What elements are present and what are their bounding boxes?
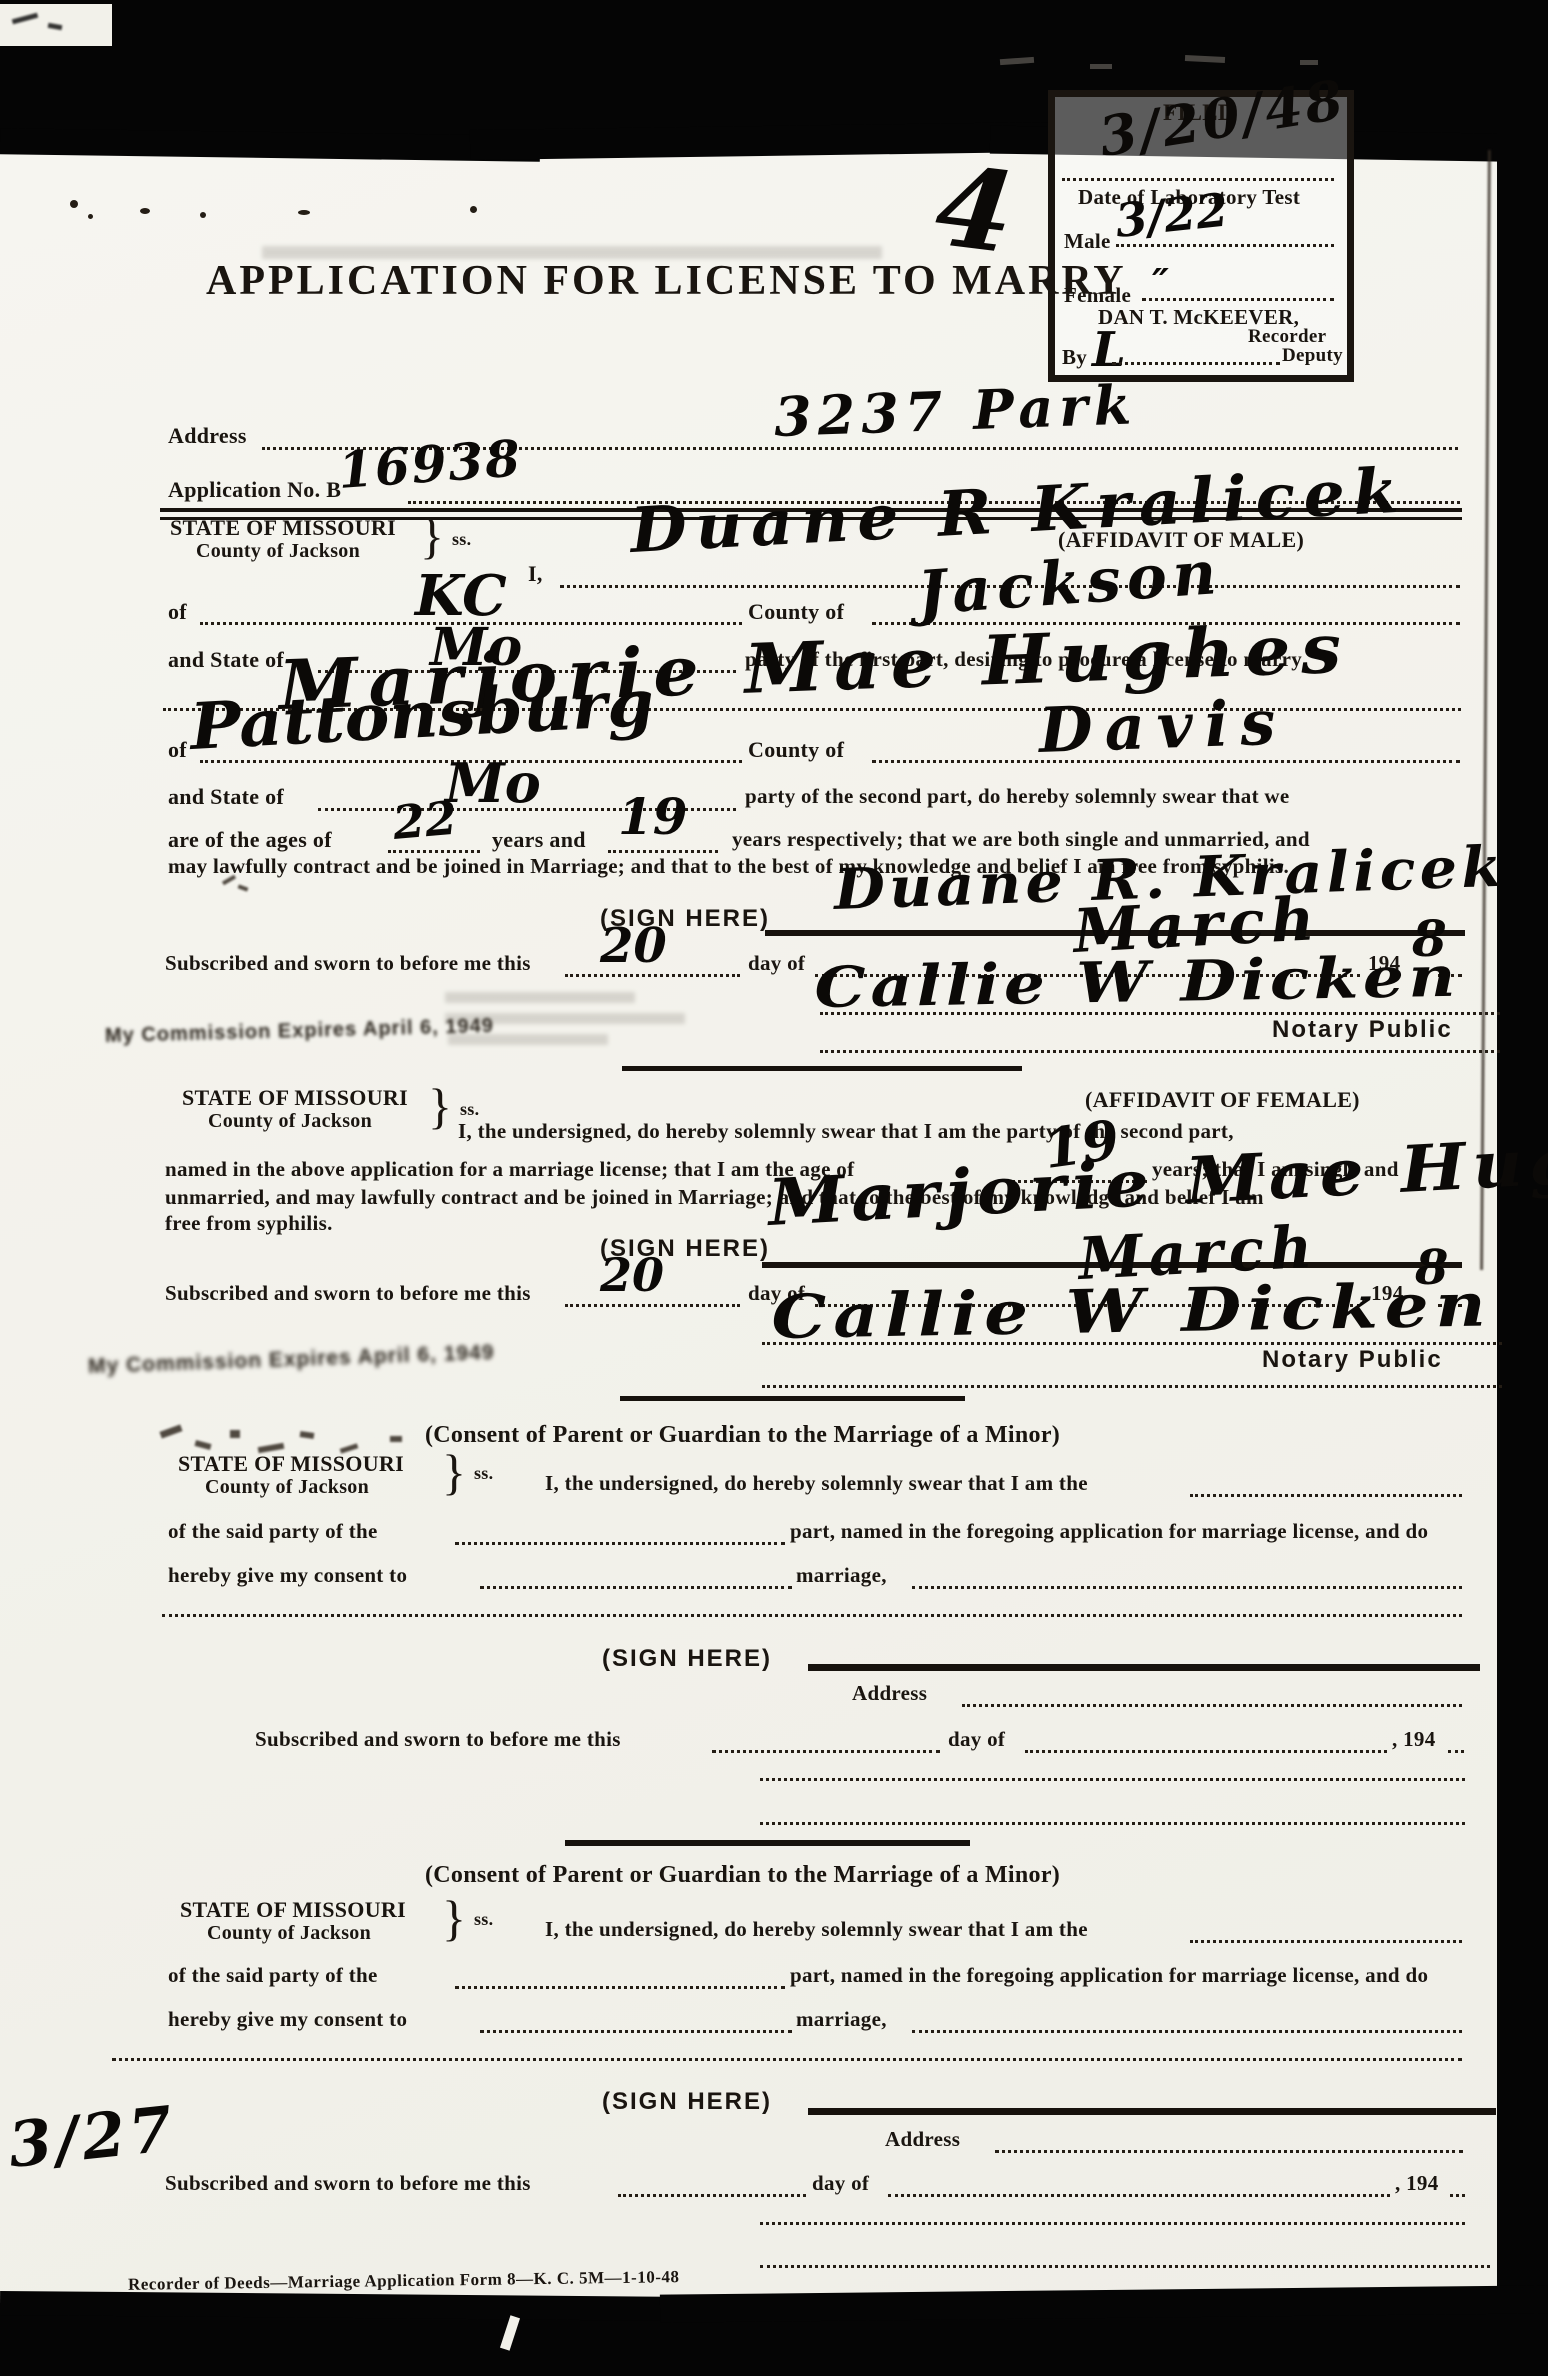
consent-line-2-dots — [455, 1986, 785, 1989]
consent-line-3-dots2 — [912, 2030, 1462, 2033]
sworn-text: Subscribed and sworn to before me this — [165, 2172, 531, 2195]
margin-note-handwritten: 3/27 — [6, 2098, 180, 2177]
consent-blank-line — [112, 2058, 1462, 2061]
state-label: STATE OF MISSOURI — [180, 1898, 406, 1922]
notary-blank-line — [760, 2265, 1490, 2268]
year-printed: , 194 — [1395, 2172, 1439, 2195]
consent-line-2b: part, named in the foregoing application… — [790, 1964, 1428, 1987]
sign-here-label: (SIGN HERE) — [602, 2088, 772, 2116]
scan-page: FILED 3/20/48 Date of Laboratory Test Ma… — [0, 0, 1548, 2376]
address-line — [995, 2150, 1463, 2153]
consent-line-3-dots — [480, 2030, 792, 2033]
consent-line-3a: hereby give my consent to — [168, 2008, 407, 2031]
consent-heading: (Consent of Parent or Guardian to the Ma… — [425, 1862, 1060, 1888]
county-label: County of Jackson — [207, 1922, 371, 1944]
year-line — [1450, 2194, 1465, 2197]
consent-line-1: I, the undersigned, do hereby solemnly s… — [545, 1918, 1088, 1941]
consent-of-parent-section-2: (Consent of Parent or Guardian to the Ma… — [0, 0, 1548, 2376]
consent-line-2a: of the said party of the — [168, 1964, 378, 1987]
brace-glyph: } — [442, 1896, 466, 1941]
consent-line-1-dots — [1190, 1940, 1462, 1943]
day-of-label: day of — [812, 2172, 869, 2195]
ss-label: ss. — [474, 1910, 493, 1930]
sworn-day-line — [618, 2194, 806, 2197]
address-label: Address — [885, 2128, 960, 2151]
notary-blank-line — [760, 2222, 1465, 2225]
consent-line-3b: marriage, — [796, 2008, 887, 2031]
consent-signature-line — [808, 2108, 1496, 2115]
sworn-month-line — [888, 2194, 1390, 2197]
